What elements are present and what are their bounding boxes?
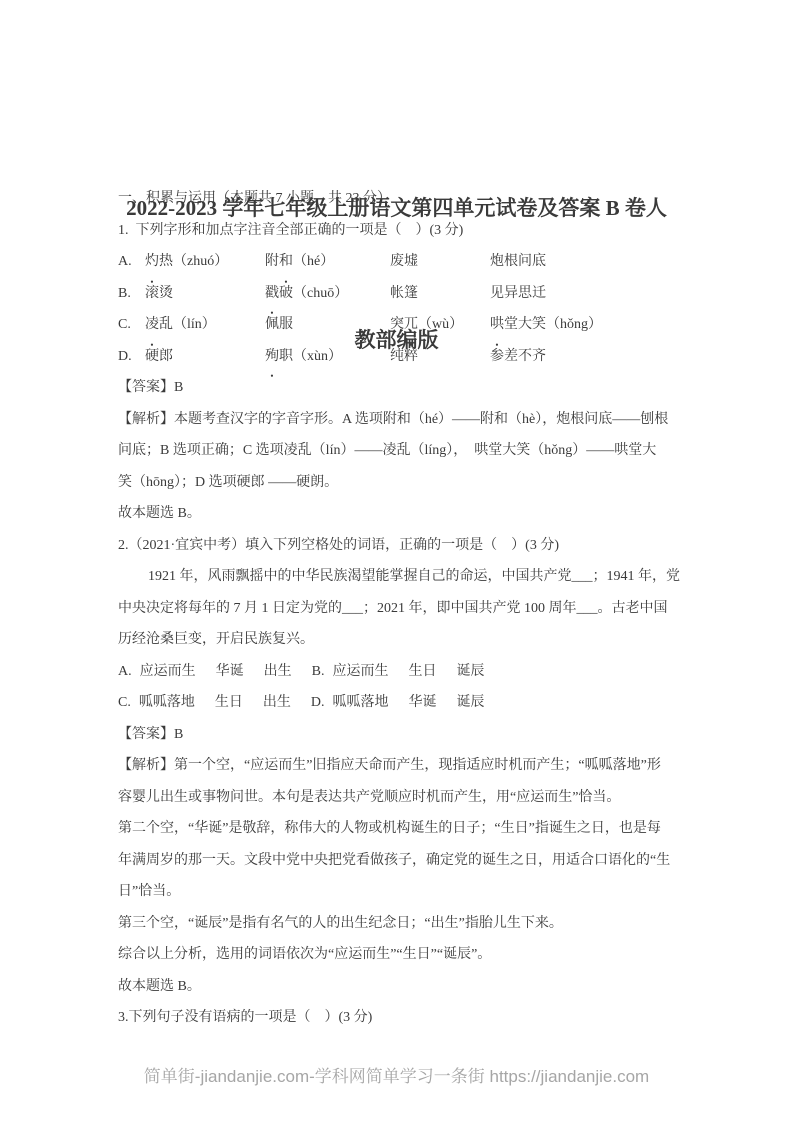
emphasized-char: 兀: [404, 309, 418, 341]
q2-analysis-line: 年满周岁的那一天。文段中党中央把党看做孩子，确定党的诞生之日，用适合口语化的“生: [118, 845, 678, 877]
q2-option-row: C.呱呱落地生日出生D.呱呱落地华诞诞辰: [118, 687, 678, 719]
footer-watermark: 简单街-jiandanjie.com-学科网简单学习一条街 https://ji…: [0, 1062, 793, 1087]
q2-option-group: B.应运而生生日诞辰: [312, 656, 505, 688]
option-word: 华诞: [408, 687, 436, 719]
q2-stem: 2.（2021·宜宾中考）填入下列空格处的词语，正确的一项是（ ）(3 分): [118, 530, 678, 562]
q1-option-cell: 附和（hé）: [265, 246, 390, 278]
q2-passage: 1921 年，风雨飘摇中的中华民族渴望能掌握自己的命运，中国共产党___；194…: [118, 561, 678, 656]
q2-passage-line: 中央决定将每年的 7 月 1 日定为党的___；2021 年，即中国共产党 10…: [118, 593, 678, 625]
q1-option-cell: 灼热（zhuó）: [145, 246, 265, 278]
q1-option-cell: 滚烫: [145, 278, 265, 310]
emphasized-char: 和: [279, 246, 293, 278]
emphasized-char: 凌: [145, 309, 159, 341]
q2-analysis: 【解析】第一个空，“应运而生”旧指应天命而产生，现指适应时机而产生；“呱呱落地”…: [118, 750, 678, 1002]
q2-passage-line: 1921 年，风雨飘摇中的中华民族渴望能掌握自己的命运，中国共产党___；194…: [118, 561, 678, 593]
emphasized-char: 殉: [265, 341, 279, 373]
q1-option-cell: 凌乱（lín）: [145, 309, 265, 341]
option-label: D.: [311, 687, 325, 719]
q2-analysis-line: 第三个空，“诞辰”是指有名气的人的出生纪念日；“出生”指胎儿生下来。: [118, 908, 678, 940]
q1-option-cell: 突兀（wù）: [390, 309, 490, 341]
exam-page: 2022-2023 学年七年级上册语文第四单元试卷及答案 B 卷人 教部编版 一…: [0, 0, 793, 1122]
option-label: B.: [312, 656, 325, 688]
q1-option-cell: 帐篷: [390, 278, 490, 310]
q2-analysis-line: 日”恰当。: [118, 876, 678, 908]
q2-option-group: D.呱呱落地华诞诞辰: [311, 687, 505, 719]
q1-option-cell: 炮根问底: [490, 246, 678, 278]
q1-option-cell: 参差不齐: [490, 341, 678, 373]
q1-option-cell: 纯粹: [390, 341, 490, 373]
option-word: 生日: [215, 687, 243, 719]
q1-analysis-line: 问底；B 选项正确；C 选项凌乱（lín）——凌乱（líng）， 哄堂大笑（hǒ…: [118, 435, 678, 467]
option-word: 华诞: [216, 656, 244, 688]
emphasized-char: 灼: [145, 246, 159, 278]
q2-option-group: A.应运而生华诞出生: [118, 656, 312, 688]
q1-option-row: C.凌乱（lín）佩服突兀（wù）哄堂大笑（hǒng）: [118, 309, 678, 341]
q1-option-row: D.硬郎殉职（xùn）纯粹参差不齐: [118, 341, 678, 373]
option-label: C.: [118, 687, 131, 719]
option-word: 出生: [264, 656, 292, 688]
option-word: 应运而生: [140, 656, 196, 688]
option-word: 出生: [263, 687, 291, 719]
q1-analysis-line: 故本题选 B。: [118, 498, 678, 530]
option-word: 诞辰: [456, 687, 484, 719]
q1-option-cell: 见异思迁: [490, 278, 678, 310]
q2-analysis-line: 综合以上分析，选用的词语依次为“应运而生”“生日”“诞辰”。: [118, 939, 678, 971]
q2-option-row: A.应运而生华诞出生B.应运而生生日诞辰: [118, 656, 678, 688]
q2-passage-line: 历经沧桑巨变，开启民族复兴。: [118, 624, 678, 656]
option-label: A.: [118, 656, 132, 688]
option-word: 应运而生: [332, 656, 388, 688]
q1-answer: 【答案】B: [118, 372, 678, 404]
emphasized-char: 戳: [265, 278, 279, 310]
q2-options: A.应运而生华诞出生B.应运而生生日诞辰C.呱呱落地生日出生D.呱呱落地华诞诞辰: [118, 656, 678, 719]
option-word: 诞辰: [456, 656, 484, 688]
q1-analysis: 【解析】本题考查汉字的字音字形。A 选项附和（hé）——附和（hè），炮根问底—…: [118, 404, 678, 530]
q1-option-cell: 废墟: [390, 246, 490, 278]
document-body: 一、积累与运用（本题共 7 小题，共 23 分） 1. 下列字形和加点字注音全部…: [118, 183, 678, 1034]
q2-analysis-line: 容婴儿出生或事物问世。本句是表达共产党顺应时机而产生，用“应运而生”恰当。: [118, 782, 678, 814]
option-label: D.: [118, 341, 145, 373]
q1-option-cell: 佩服: [265, 309, 390, 341]
section-heading: 一、积累与运用（本题共 7 小题，共 23 分）: [118, 183, 678, 215]
q1-stem: 1. 下列字形和加点字注音全部正确的一项是（ ）(3 分): [118, 215, 678, 247]
emphasized-char: 哄: [490, 309, 504, 341]
q1-option-row: B.滚烫戳破（chuō）帐篷见异思迁: [118, 278, 678, 310]
q1-option-cell: 硬郎: [145, 341, 265, 373]
q1-option-row: A.灼热（zhuó）附和（hé）废墟炮根问底: [118, 246, 678, 278]
option-word: 呱呱落地: [332, 687, 388, 719]
q1-analysis-line: 笑（hōng）；D 选项硬郎 ——硬朗。: [118, 467, 678, 499]
q1-option-cell: 殉职（xùn）: [265, 341, 390, 373]
q1-analysis-line: 【解析】本题考查汉字的字音字形。A 选项附和（hé）——附和（hè），炮根问底—…: [118, 404, 678, 436]
q2-analysis-line: 故本题选 B。: [118, 971, 678, 1003]
q2-analysis-line: 【解析】第一个空，“应运而生”旧指应天命而产生，现指适应时机而产生；“呱呱落地”…: [118, 750, 678, 782]
q2-answer: 【答案】B: [118, 719, 678, 751]
q2-analysis-line: 第二个空，“华诞”是敬辞，称伟大的人物或机构诞生的日子；“生日”指诞生之日，也是…: [118, 813, 678, 845]
option-word: 呱呱落地: [139, 687, 195, 719]
q2-option-group: C.呱呱落地生日出生: [118, 687, 311, 719]
option-label: C.: [118, 309, 145, 341]
q3-stem: 3.下列句子没有语病的一项是（ ）(3 分): [118, 1002, 678, 1034]
option-label: A.: [118, 246, 145, 278]
option-word: 生日: [408, 656, 436, 688]
q1-option-cell: 哄堂大笑（hǒng）: [490, 309, 678, 341]
q1-options: A.灼热（zhuó）附和（hé）废墟炮根问底B.滚烫戳破（chuō）帐篷见异思迁…: [118, 246, 678, 372]
option-label: B.: [118, 278, 145, 310]
